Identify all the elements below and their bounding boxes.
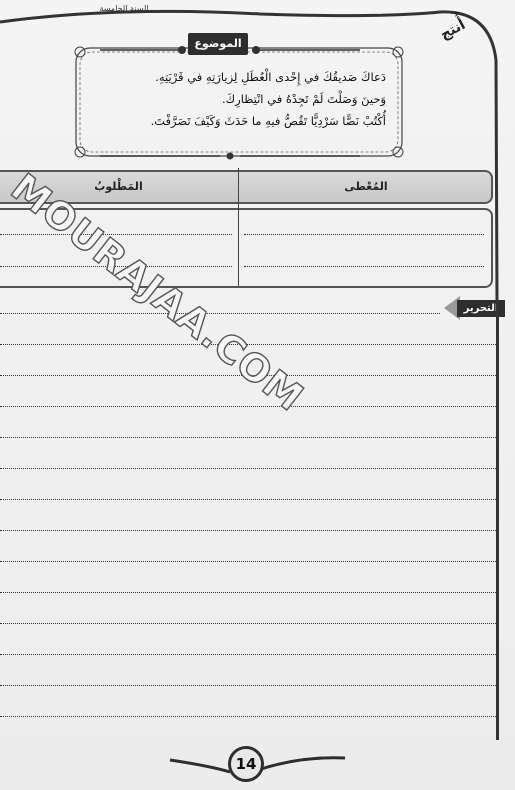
column-given: المُعْطى	[241, 172, 491, 202]
writing-line[interactable]	[0, 561, 496, 562]
topic-title: الموضوع	[188, 33, 248, 55]
writing-line[interactable]	[0, 654, 496, 655]
writing-line[interactable]	[0, 468, 496, 469]
writing-line[interactable]	[0, 592, 496, 593]
topic-line: وَحينَ وَصَلْتَ لَمْ تَجِدْهُ في انْتِظا…	[80, 88, 386, 110]
page-number: 14	[228, 746, 264, 782]
topic-text: دَعاكَ صَديقُكَ في إِحْدى الْعُطَلِ لِزي…	[80, 66, 386, 132]
writing-line[interactable]	[0, 499, 496, 500]
writing-line[interactable]	[0, 530, 496, 531]
right-border	[496, 300, 499, 740]
grade-label: السنة الخامسة	[84, 4, 164, 13]
answer-line[interactable]	[244, 266, 484, 267]
writing-line[interactable]	[0, 716, 496, 717]
topic-line: أُكْتُبْ نَصًّا سَرْدِيًّا تَقُصُّ فيهِ …	[80, 110, 386, 132]
writing-line[interactable]	[0, 437, 496, 438]
topic-line: دَعاكَ صَديقُكَ في إِحْدى الْعُطَلِ لِزي…	[80, 66, 386, 88]
writing-line[interactable]	[0, 406, 496, 407]
column-divider	[238, 168, 239, 286]
writing-line[interactable]	[0, 685, 496, 686]
answer-line[interactable]	[244, 234, 484, 235]
writing-line[interactable]	[0, 623, 496, 624]
